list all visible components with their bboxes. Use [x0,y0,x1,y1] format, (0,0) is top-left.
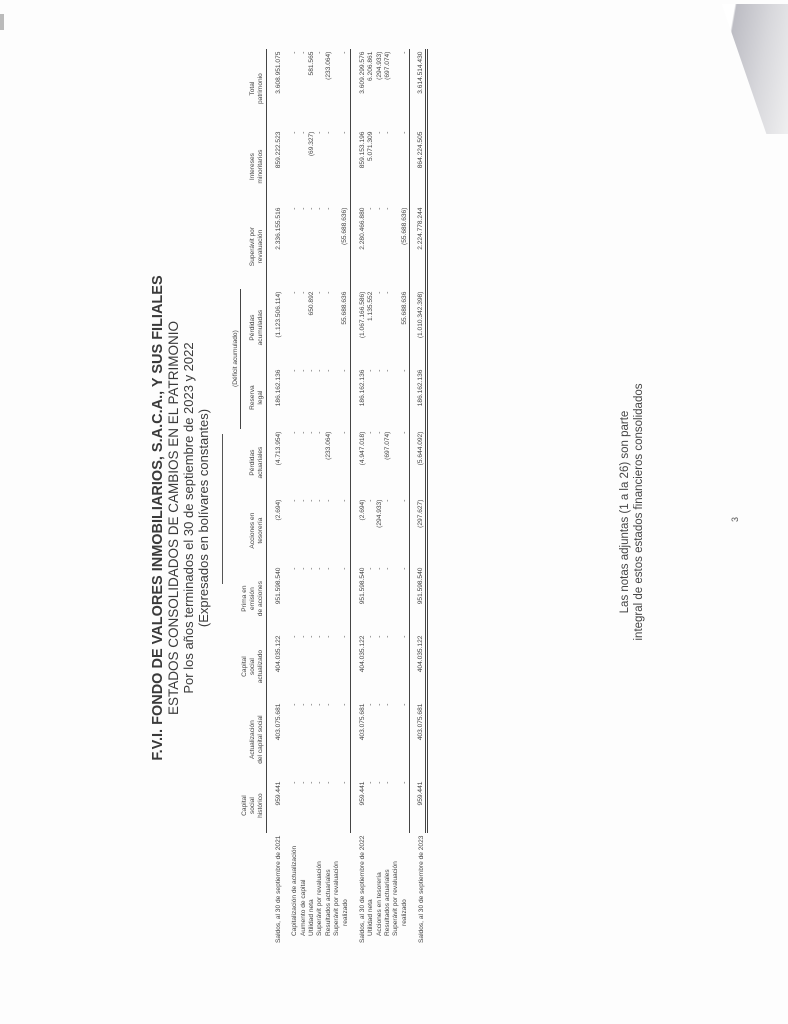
cell-value: - [316,779,324,833]
cell-value: - [376,633,384,701]
cell-value: - [341,129,350,205]
cell-value: - [283,633,299,701]
cell-value: - [283,129,299,205]
cell-value: - [325,289,333,367]
rotated-page: F.V.I. FONDO DE VALORES INMOBILIARIOS, S… [0,12,788,1012]
cell-value: 2.280.466.880 [350,205,367,289]
cell-value: 864.224.505 [409,129,426,205]
column-header-line: del capital social [257,704,265,776]
cell-value: - [341,367,350,429]
cell-value: - [367,779,375,833]
row-label: Saldos, al 30 de septiembre de 2023 [409,833,426,946]
cell-value: 55.688.636 [401,289,410,367]
column-header-line: legal [257,370,265,426]
cell-value: - [376,779,384,833]
column-header-line: tesorería [257,500,265,562]
column-header-line: Pérdidas [249,292,257,364]
table-row: Superávit por revaluación [392,49,400,946]
column-header: Totalpatrimonio [241,49,266,129]
cell-value [333,497,341,565]
cell-value: - [283,205,299,289]
cell-value: - [283,429,299,497]
cell-value: - [300,701,308,779]
cell-value: - [367,429,375,497]
column-header-line: Total [249,52,257,126]
cell-value: 959.441 [350,779,367,833]
cell-value: - [308,497,316,565]
cell-value: - [325,633,333,701]
row-label: Saldos, al 30 de septiembre de 2022 [350,833,367,946]
table-row: Resultados actuariales-----(697.074)----… [384,49,392,946]
cell-value: - [384,289,392,367]
cell-value: 6.206.861 [367,49,375,129]
company-name: F.V.I. FONDO DE VALORES INMOBILIARIOS, S… [150,18,166,1018]
cell-value [392,779,400,833]
cell-value: - [401,633,410,701]
column-header-line: Superávit por [249,208,257,286]
cell-value [392,129,400,205]
cell-value: - [341,565,350,633]
cell-value [392,367,400,429]
cell-value: - [367,497,375,565]
cell-value: - [308,565,316,633]
cell-value [333,633,341,701]
cell-value: - [300,367,308,429]
cell-value: - [316,129,324,205]
column-header-line: Capital [241,636,249,698]
table-row: Superávit por revaluación [333,49,341,946]
cell-value: - [401,497,410,565]
header-divider [222,434,223,584]
cell-value: 581.565 [308,49,316,129]
cell-value: 3.609.299.576 [350,49,367,129]
cell-value: - [401,701,410,779]
column-header-line: de acciones [257,568,265,630]
cell-value: (2.694) [266,497,283,565]
cell-value: 186.162.136 [266,367,283,429]
cell-value: 959.441 [266,779,283,833]
cell-value: 2.336.155.516 [266,205,283,289]
cell-value: 404.035.122 [266,633,283,701]
cell-value: - [283,367,299,429]
cell-value: (697.074) [384,429,392,497]
cell-value: 2.224.778.244 [409,205,426,289]
column-header-line: revaluación [257,208,265,286]
column-header-line: Acciones en [249,500,257,562]
table-row: Superávit por revaluación----------- [316,49,324,946]
cell-value: (233.064) [325,429,333,497]
table-row: realizado-------55.688.636(55.688.636)-- [401,49,410,946]
cell-value: (294.933) [376,49,384,129]
cell-value [392,565,400,633]
column-header-line: Actualización [249,704,257,776]
cell-value: 403.075.681 [350,701,367,779]
cell-value: (233.064) [325,49,333,129]
cell-value: - [300,129,308,205]
cell-value: (69.327) [308,129,316,205]
cell-value: - [376,205,384,289]
column-header-line: histórico [257,782,265,830]
cell-value: - [283,565,299,633]
row-label: Resultados actuariales [384,833,392,946]
cell-value: - [341,497,350,565]
cell-value: - [401,49,410,129]
cell-value: - [401,367,410,429]
cell-value [333,701,341,779]
cell-value: 959.441 [409,779,426,833]
equity-changes-table: (Déficit acumulado) Capitalsocialhistóri… [232,49,428,946]
cell-value: - [316,49,324,129]
column-header-line: Capital [241,782,249,830]
cell-value: - [316,205,324,289]
cell-value: - [308,367,316,429]
cell-value: - [316,367,324,429]
cell-value: (2.694) [350,497,367,565]
cell-value: - [316,497,324,565]
cell-value: - [325,129,333,205]
cell-value: 951.598.540 [266,565,283,633]
cell-value [392,49,400,129]
cell-value: - [283,497,299,565]
cell-value: - [367,633,375,701]
column-header-line: acumuladas [257,292,265,364]
cell-value: (55.688.636) [401,205,410,289]
table-row: Saldos, al 30 de septiembre de 2021959.4… [266,49,283,946]
cell-value: - [308,779,316,833]
cell-value: - [376,429,384,497]
cell-value: - [308,701,316,779]
cell-value: (697.074) [384,49,392,129]
column-header: Acciones entesorería [241,497,266,565]
cell-value: 186.162.136 [409,367,426,429]
column-header: Actualizacióndel capital social [241,701,266,779]
cell-value: - [300,429,308,497]
cell-value: - [283,289,299,367]
cell-value: (297.627) [409,497,426,565]
cell-value: - [384,367,392,429]
cell-value: - [341,701,350,779]
cell-value: - [300,497,308,565]
cell-value: (1.123.506.114) [266,289,283,367]
cell-value: - [341,779,350,833]
row-label: Saldos, al 30 de septiembre de 2021 [266,833,283,946]
cell-value: - [376,565,384,633]
cell-value [392,289,400,367]
table-row: Utilidad neta-------1.135.552-5.071.3096… [367,49,375,946]
cell-value: - [367,205,375,289]
cell-value [333,565,341,633]
cell-value: - [316,565,324,633]
group-header-deficit: (Déficit acumulado) [232,289,241,429]
cell-value: - [325,779,333,833]
cell-value: - [341,49,350,129]
column-header: Capitalsocialactualizado [241,633,266,701]
column-header: Superávit porrevaluación [241,205,266,289]
cell-value: - [367,701,375,779]
cell-value [333,49,341,129]
column-header-line: patrimonio [257,52,265,126]
column-header: Pérdidasactuariales [241,429,266,497]
cell-value: 5.071.309 [367,129,375,205]
cell-value: - [384,633,392,701]
column-header-line: minoritarios [257,132,265,202]
notes-line-1: Las notas adjuntas (1 a la 26) son parte [618,12,632,1012]
cell-value: 650.892 [308,289,316,367]
column-header-line: actuariales [257,432,265,494]
cell-value [392,497,400,565]
cell-value: 403.075.681 [409,701,426,779]
table-row: Capitalización de actualización---------… [283,49,299,946]
column-header-line: Prima en [241,568,249,630]
column-header: Prima enemisiónde acciones [241,565,266,633]
cell-value: - [376,367,384,429]
cell-value: - [367,367,375,429]
cell-value: - [401,429,410,497]
page-number: 3 [730,517,740,522]
cell-value: - [401,779,410,833]
cell-value: - [384,497,392,565]
cell-value: - [325,367,333,429]
table-row: Resultados actuariales-----(233.064)----… [325,49,333,946]
row-label: Resultados actuariales [325,833,333,946]
cell-value: - [376,701,384,779]
cell-value: - [376,129,384,205]
statement-period: Por los años terminados el 30 de septiem… [181,18,196,1018]
cell-value: - [325,497,333,565]
cell-value: 951.598.540 [350,565,367,633]
row-label: realizado [341,833,350,946]
cell-value: (4.713.954) [266,429,283,497]
column-header: Reservalegal [241,367,266,429]
table-row: Utilidad neta-------650.892-(69.327)581.… [308,49,316,946]
cell-value: - [316,289,324,367]
cell-value: - [325,205,333,289]
column-header-line: emisión [249,568,257,630]
cell-value: - [283,779,299,833]
cell-value: (1.010.342.398) [409,289,426,367]
cell-value: - [316,633,324,701]
cell-value: - [300,205,308,289]
cell-value [392,633,400,701]
cell-value: - [308,205,316,289]
cell-value: - [300,633,308,701]
notes-line-2: integral de estos estados financieros co… [632,12,646,1012]
cell-value: - [376,289,384,367]
cell-value [392,205,400,289]
statement-title: ESTADOS CONSOLIDADOS DE CAMBIOS EN EL PA… [166,18,181,1018]
column-header: Capitalsocialhistórico [241,779,266,833]
cell-value: - [401,129,410,205]
cell-value: 1.135.552 [367,289,375,367]
cell-value: - [384,565,392,633]
cell-value: - [341,429,350,497]
cell-value: 3.608.951.075 [266,49,283,129]
cell-value: - [384,779,392,833]
row-label: realizado [401,833,410,946]
column-header: Pérdidasacumuladas [241,289,266,367]
row-label: Utilidad neta [367,833,375,946]
table-row: Aumento de capital----------- [300,49,308,946]
cell-value: - [300,289,308,367]
cell-value: (294.933) [376,497,384,565]
cell-value: 404.035.122 [409,633,426,701]
column-header-line: Reserva [249,370,257,426]
table-row: Acciones en tesorería----(294.933)-----(… [376,49,384,946]
cell-value [333,289,341,367]
row-label: Utilidad neta [308,833,316,946]
table-row: Saldos, al 30 de septiembre de 2023959.4… [409,49,426,946]
cell-value: - [316,701,324,779]
statement-page: F.V.I. FONDO DE VALORES INMOBILIARIOS, S… [0,12,788,1012]
cell-value [333,205,341,289]
row-label: Superávit por revaluación [316,833,324,946]
cell-value: - [325,701,333,779]
cell-value [333,367,341,429]
row-label: Capitalización de actualización [283,833,299,946]
table-row: Saldos, al 30 de septiembre de 2022959.4… [350,49,367,946]
cell-value [333,129,341,205]
cell-value [392,701,400,779]
cell-value: - [384,205,392,289]
cell-value: - [283,49,299,129]
column-header-line: actualizado [257,636,265,698]
column-header-row: CapitalsocialhistóricoActualizacióndel c… [241,49,266,946]
cell-value: 951.598.540 [409,565,426,633]
column-header-line: social [249,636,257,698]
cell-value: - [325,565,333,633]
table-row: realizado-------55.688.636(55.688.636)-- [341,49,350,946]
row-label: Superávit por revaluación [392,833,400,946]
cell-value: (5.644.092) [409,429,426,497]
cell-value [333,779,341,833]
cell-value: - [300,49,308,129]
row-label: Acciones en tesorería [376,833,384,946]
cell-value: - [384,129,392,205]
cell-value: - [316,429,324,497]
cell-value [333,429,341,497]
row-label: Superávit por revaluación [333,833,341,946]
cell-value: 404.035.122 [350,633,367,701]
cell-value: (55.688.636) [341,205,350,289]
statement-currency: (Expresados en bolívares constantes) [196,18,211,1018]
cell-value: - [367,565,375,633]
cell-value: - [283,701,299,779]
cell-value: 859.153.196 [350,129,367,205]
column-header-line: social [249,782,257,830]
cell-value: - [308,633,316,701]
cell-value: - [341,633,350,701]
cell-value: - [300,565,308,633]
cell-value: 186.162.136 [350,367,367,429]
column-header-line: Intereses [249,132,257,202]
cell-value [392,429,400,497]
row-label: Aumento de capital [300,833,308,946]
column-header: Interesesminoritarios [241,129,266,205]
cell-value: - [308,429,316,497]
cell-value: 403.075.681 [266,701,283,779]
cell-value: - [401,565,410,633]
cell-value: 55.688.636 [341,289,350,367]
cell-value: 859.222.523 [266,129,283,205]
cell-value: (4.947.018) [350,429,367,497]
cell-value: (1.067.166.586) [350,289,367,367]
cell-value: - [300,779,308,833]
column-header-line: Pérdidas [249,432,257,494]
cell-value: 3.614.514.430 [409,49,426,129]
cell-value: - [384,701,392,779]
